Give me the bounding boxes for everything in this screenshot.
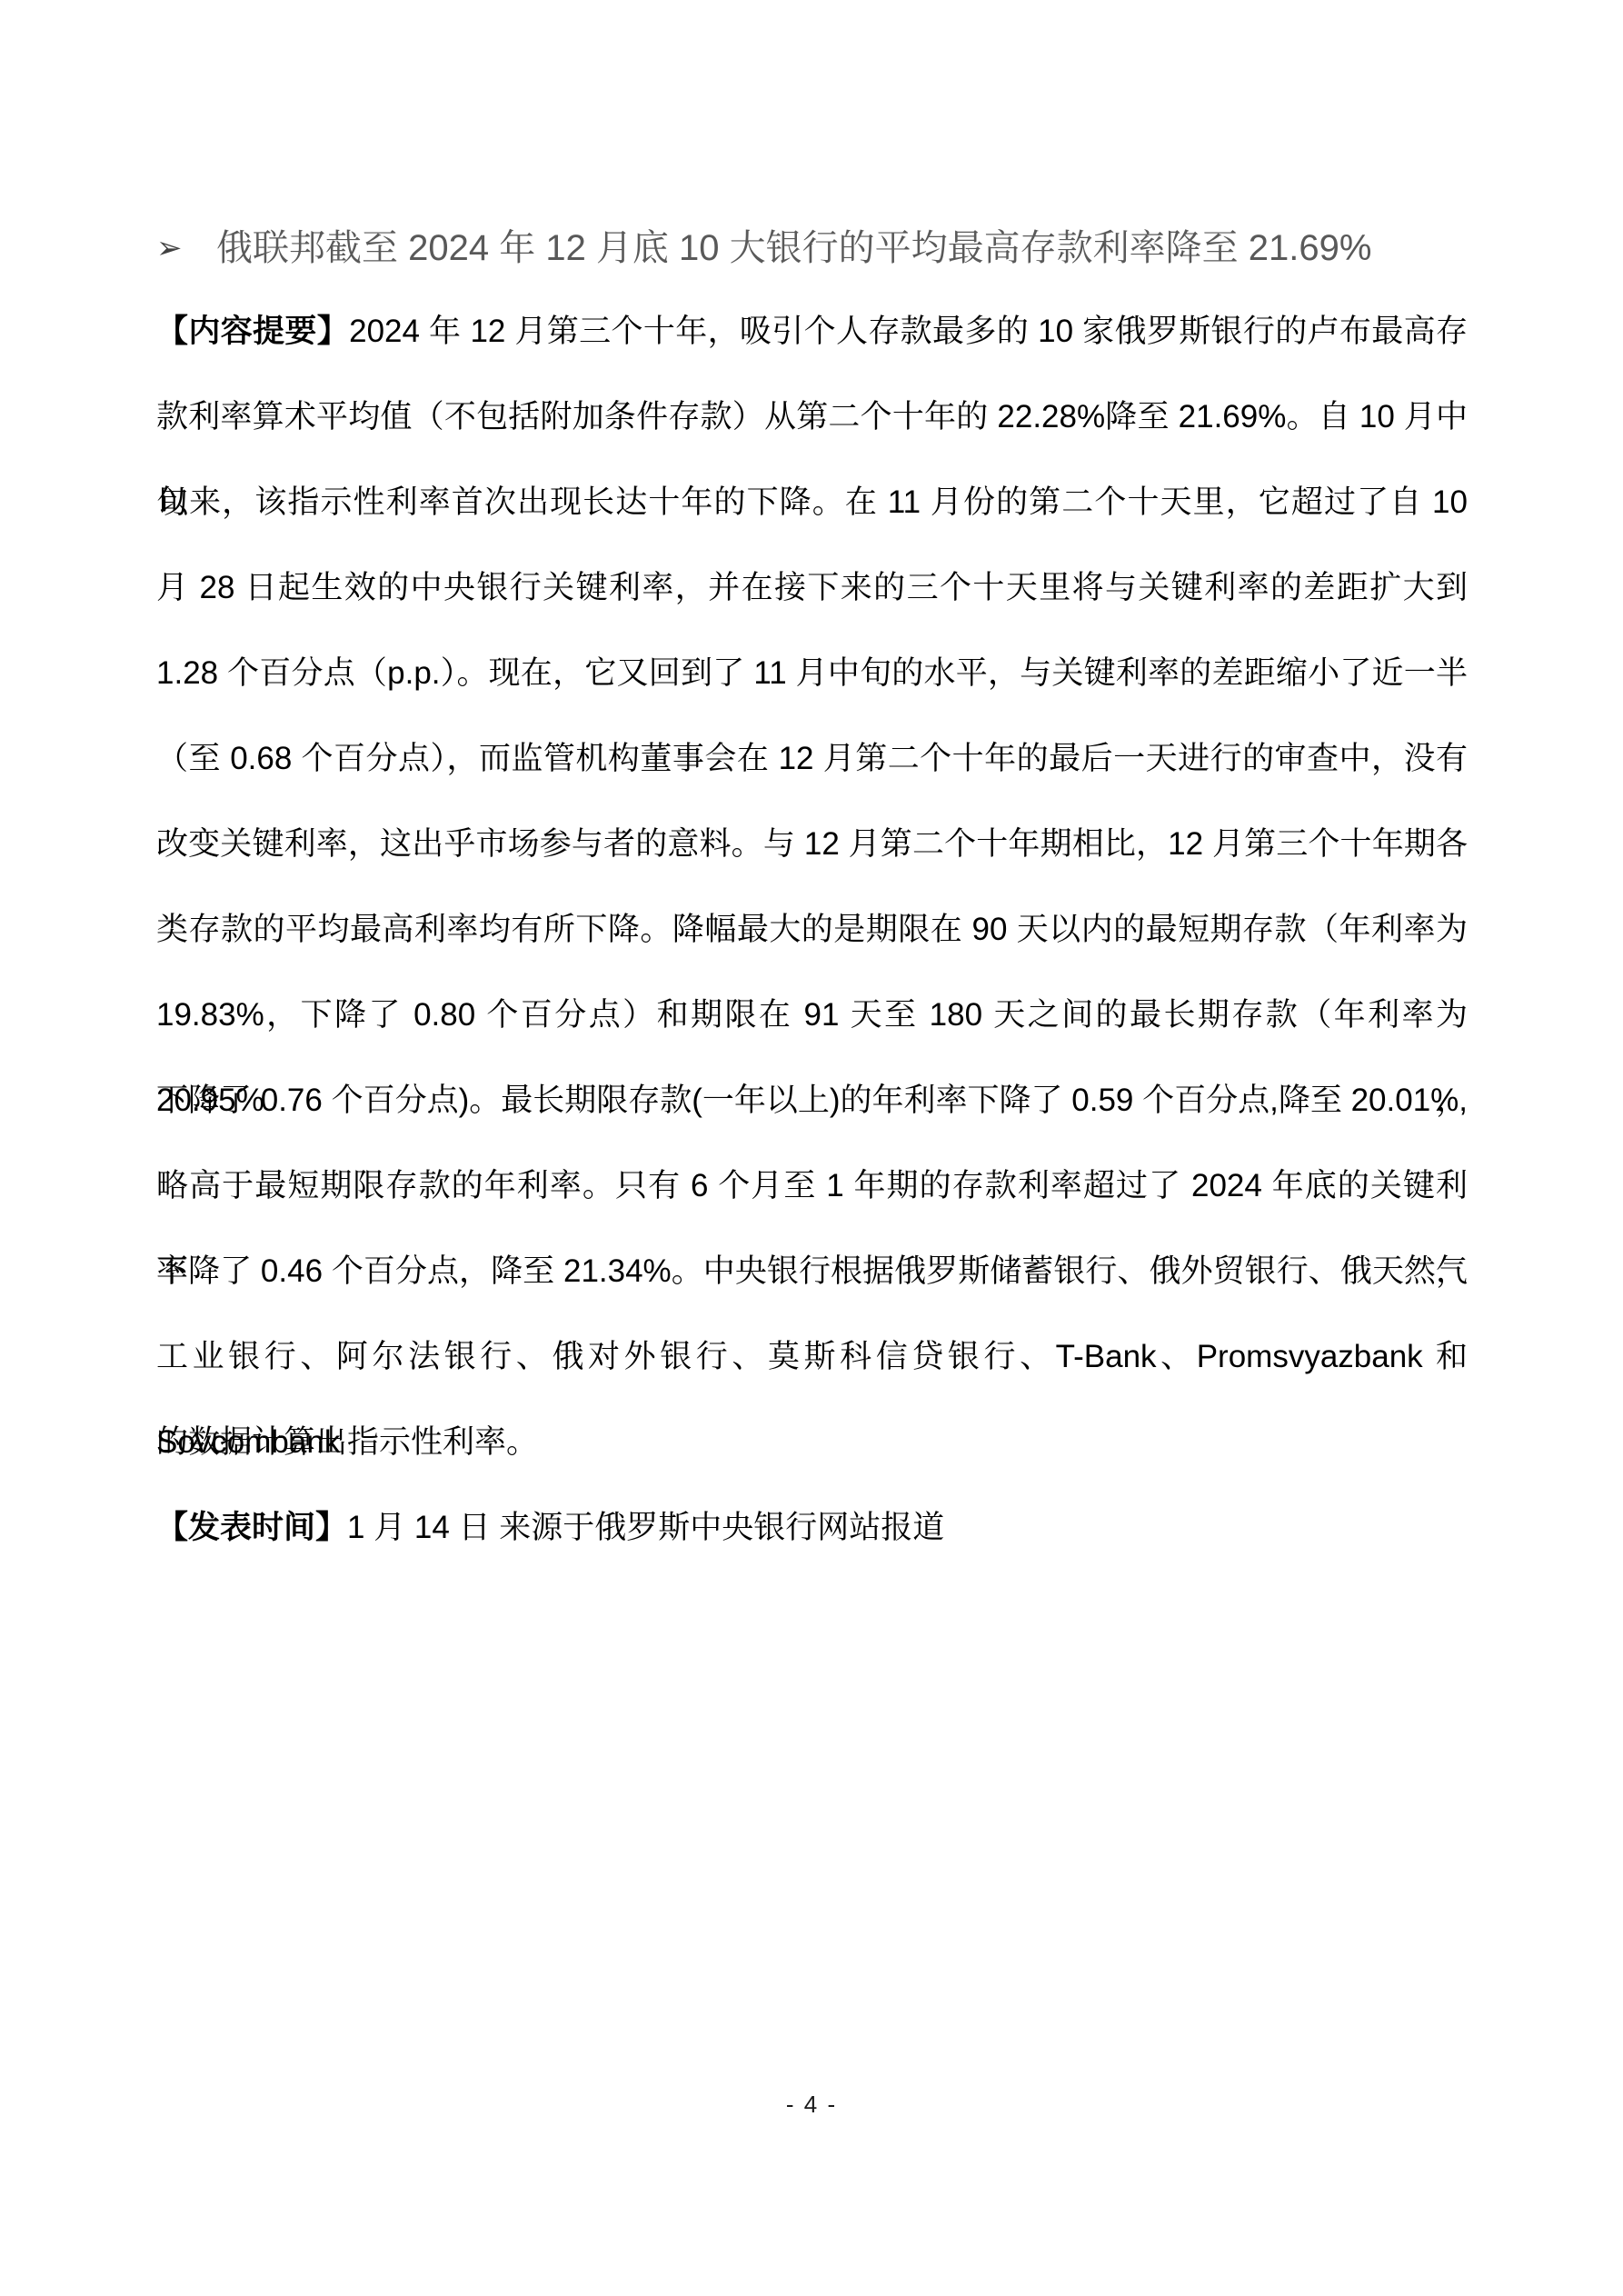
summary-line: 款利率算术平均值（不包括附加条件存款）从第二个十年的 22.28%降至 21.6… bbox=[156, 374, 1468, 460]
section-heading: ➢ 俄联邦截至 2024 年 12 月底 10 大银行的平均最高存款利率降至 2… bbox=[156, 224, 1472, 273]
summary-line: 的数据计算出指示性利率。 bbox=[156, 1400, 1468, 1485]
summary-paragraph: 【内容提要】2024 年 12 月第三个十年，吸引个人存款最多的 10 家俄罗斯… bbox=[156, 289, 1468, 1571]
summary-line: 略高于最短期限存款的年利率。只有 6 个月至 1 年期的存款利率超过了 2024… bbox=[156, 1143, 1468, 1229]
summary-line: 19.83%，下降了 0.80 个百分点）和期限在 91 天至 180 天之间的… bbox=[156, 973, 1468, 1058]
summary-line: 以来，该指示性利率首次出现长达十年的下降。在 11 月份的第二个十天里，它超过了… bbox=[156, 460, 1468, 545]
summary-line: 下降了 0.76 个百分点)。最长期限存款(一年以上)的年利率下降了 0.59 … bbox=[156, 1058, 1468, 1143]
publish-label: 【发表时间】 bbox=[156, 1510, 347, 1545]
document-page: ➢ 俄联邦截至 2024 年 12 月底 10 大银行的平均最高存款利率降至 2… bbox=[0, 0, 1623, 2296]
summary-line-text: 2024 年 12 月第三个十年，吸引个人存款最多的 10 家俄罗斯银行的卢布最… bbox=[349, 314, 1468, 349]
publish-line-text: 1 月 14 日 来源于俄罗斯中央银行网站报道 bbox=[347, 1510, 944, 1545]
arrowhead-bullet-icon: ➢ bbox=[156, 224, 216, 273]
summary-line: （至 0.68 个百分点），而监管机构董事会在 12 月第二个十年的最后一天进行… bbox=[156, 716, 1468, 802]
summary-line: 下降了 0.46 个百分点，降至 21.34%。中央银行根据俄罗斯储蓄银行、俄外… bbox=[156, 1229, 1468, 1314]
summary-line: 改变关键利率，这出乎市场参与者的意料。与 12 月第二个十年期相比，12 月第三… bbox=[156, 802, 1468, 887]
page-number: - 4 - bbox=[0, 2091, 1623, 2119]
summary-line: 月 28 日起生效的中央银行关键利率，并在接下来的三个十天里将与关键利率的差距扩… bbox=[156, 545, 1468, 631]
summary-label: 【内容提要】 bbox=[156, 314, 349, 349]
section-heading-text: 俄联邦截至 2024 年 12 月底 10 大银行的平均最高存款利率降至 21.… bbox=[216, 224, 1472, 273]
publish-line: 【发表时间】1 月 14 日 来源于俄罗斯中央银行网站报道 bbox=[156, 1485, 1468, 1571]
summary-line: 类存款的平均最高利率均有所下降。降幅最大的是期限在 90 天以内的最短期存款（年… bbox=[156, 887, 1468, 973]
summary-line: 工业银行、阿尔法银行、俄对外银行、莫斯科信贷银行、T-Bank、Promsvya… bbox=[156, 1314, 1468, 1400]
summary-line: 【内容提要】2024 年 12 月第三个十年，吸引个人存款最多的 10 家俄罗斯… bbox=[156, 289, 1468, 374]
summary-line: 1.28 个百分点（p.p.）。现在，它又回到了 11 月中旬的水平，与关键利率… bbox=[156, 631, 1468, 716]
